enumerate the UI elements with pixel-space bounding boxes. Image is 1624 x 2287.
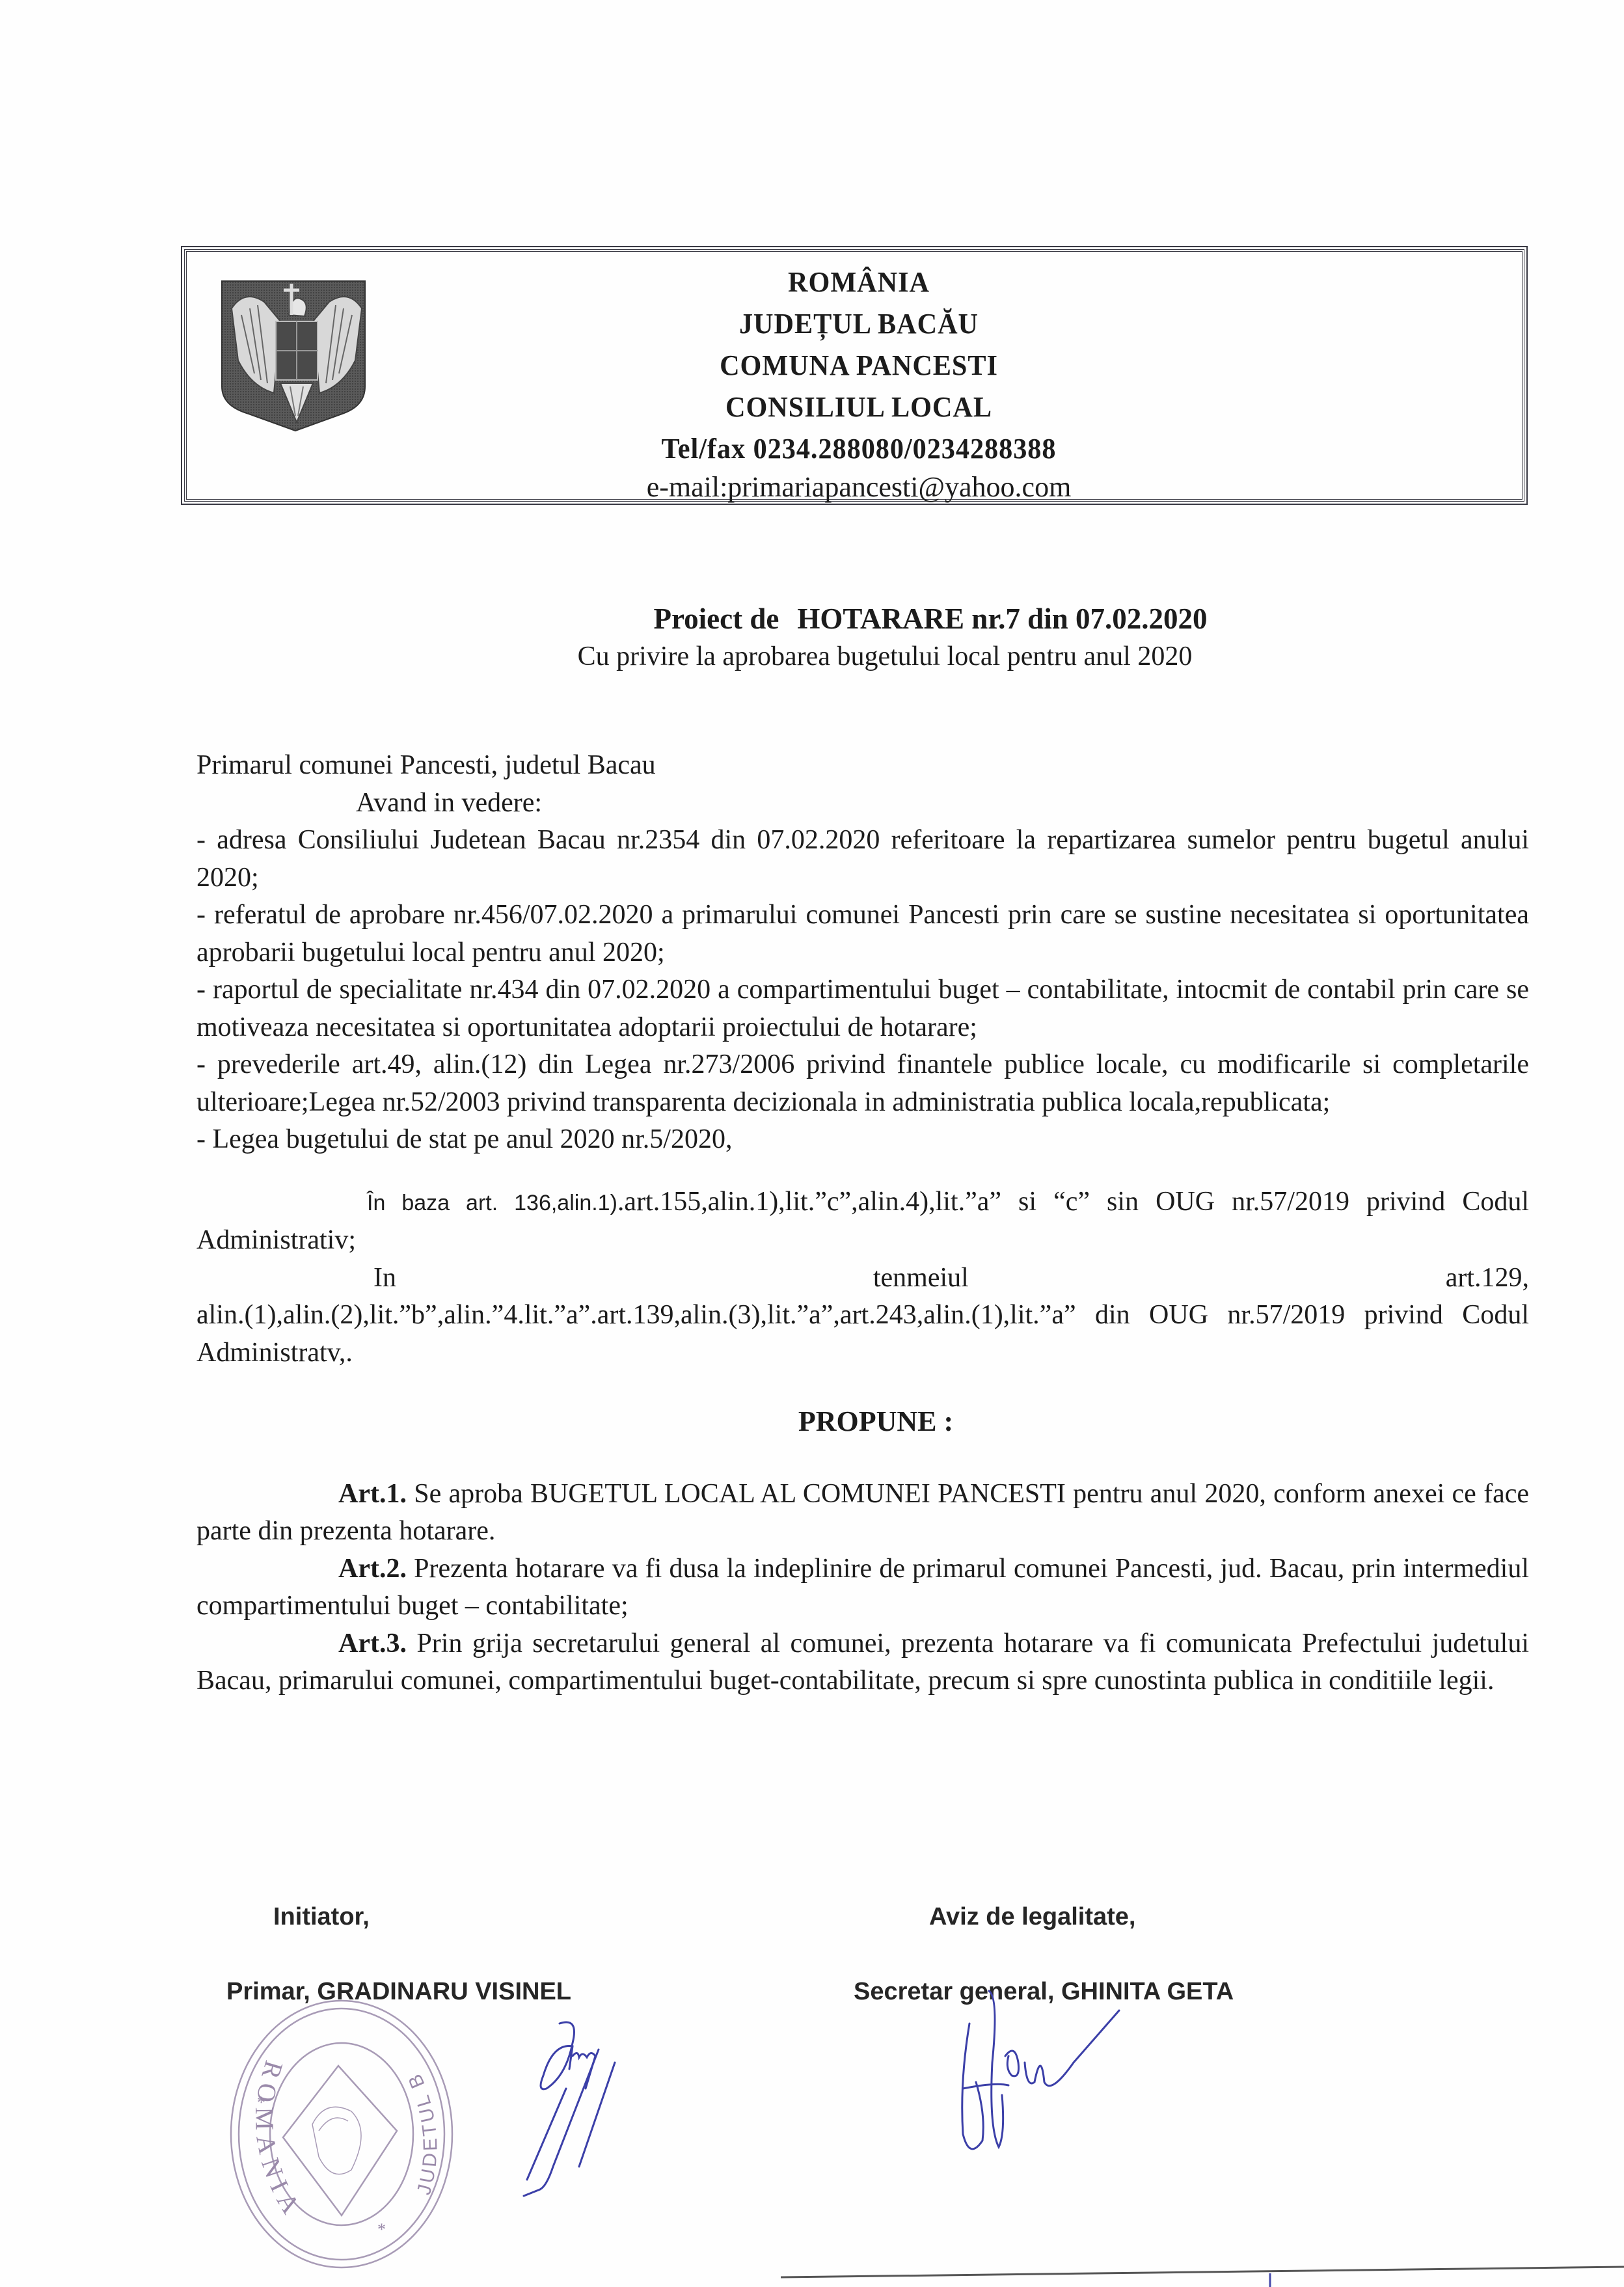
email-address[interactable]: e-mail:primariapancesti@yahoo.com [416, 470, 1301, 505]
svg-text:*: * [257, 2093, 265, 2112]
preamble-item: - raportul de specialitate nr.434 din 07… [196, 971, 1529, 1046]
stamp-text-country: ROMANIA [250, 2057, 309, 2224]
preamble-item: - Legea bugetului de stat pe anul 2020 n… [196, 1121, 1529, 1159]
initiator-label: Initiator, [273, 1903, 370, 1931]
mayor-signatory: Primar, GRADINARU VISINEL [226, 1978, 571, 2006]
articles-list: Art.1. Se aproba BUGETUL LOCAL AL COMUNE… [196, 1476, 1529, 1700]
title-prefix: Proiect de [654, 602, 779, 635]
title-main: HOTARARE nr.7 din 07.02.2020 [797, 602, 1207, 635]
temeiul-first-line: In tenmeiul art.129, [196, 1260, 1529, 1297]
document-subtitle: Cu privire la aprobarea bugetului local … [195, 638, 1522, 675]
article-1: Art.1. Se aproba BUGETUL LOCAL AL COMUNE… [196, 1476, 1529, 1550]
svg-text:*: * [377, 2220, 386, 2239]
temeiul-word: In [373, 1260, 396, 1297]
council-name: CONSILIUL LOCAL [434, 386, 1284, 428]
article-2: Art.2. Prezenta hotarare va fi dusa la i… [196, 1550, 1529, 1625]
temeiul-paragraph: alin.(1),alin.(2),lit.”b”,alin.”4.lit.”a… [196, 1297, 1529, 1372]
article-label: Art.1. [338, 1479, 407, 1509]
preamble-item: - adresa Consiliului Judetean Bacau nr.2… [196, 822, 1529, 897]
romania-coat-of-arms-icon [219, 276, 375, 435]
preamble-item: - prevederile art.49, alin.(12) din Lege… [196, 1046, 1529, 1121]
county-name: JUDEȚUL BACĂU [434, 303, 1284, 345]
preamble-avand: Avand in vedere: [196, 785, 1529, 822]
commune-name: COMUNA PANCESTI [434, 345, 1284, 386]
propune-heading: PROPUNE : [196, 1403, 1529, 1441]
document-body: Primarul comunei Pancesti, judetul Bacau… [196, 747, 1529, 1700]
legality-opinion-label: Aviz de legalitate, [929, 1903, 1135, 1931]
letterhead-text: ROMÂNIA JUDEȚUL BACĂU COMUNA PANCESTI CO… [416, 262, 1301, 505]
temeiul-word: tenmeiul [873, 1260, 969, 1297]
legal-basis-prefix: În baza art. 136,alin.1) [367, 1191, 617, 1215]
legal-basis-paragraph: În baza art. 136,alin.1).art.155,alin.1)… [196, 1184, 1529, 1260]
temeiul-word: art.129, [1446, 1260, 1529, 1297]
article-3: Art.3. Prin grija secretarului general a… [196, 1625, 1529, 1700]
article-label: Art.3. [338, 1629, 407, 1658]
svg-text:ROMANIA: ROMANIA [250, 2057, 309, 2224]
phone-fax: Tel/fax 0234.288080/0234288388 [434, 428, 1284, 470]
preamble-author: Primarul comunei Pancesti, judetul Bacau [196, 747, 1529, 785]
article-label: Art.2. [338, 1554, 407, 1584]
official-stamp-icon: ROMANIA JUDETUL BACAU * * [221, 1981, 494, 2280]
mayor-signature-icon [475, 2017, 631, 2199]
country-name: ROMÂNIA [434, 262, 1284, 303]
scan-edge-line [0, 2264, 1624, 2287]
secretary-signature-icon [943, 1984, 1178, 2193]
document-title: Proiect deHOTARARE nr.7 din 07.02.2020 [195, 600, 1522, 638]
preamble-item: - referatul de aprobare nr.456/07.02.202… [196, 897, 1529, 971]
